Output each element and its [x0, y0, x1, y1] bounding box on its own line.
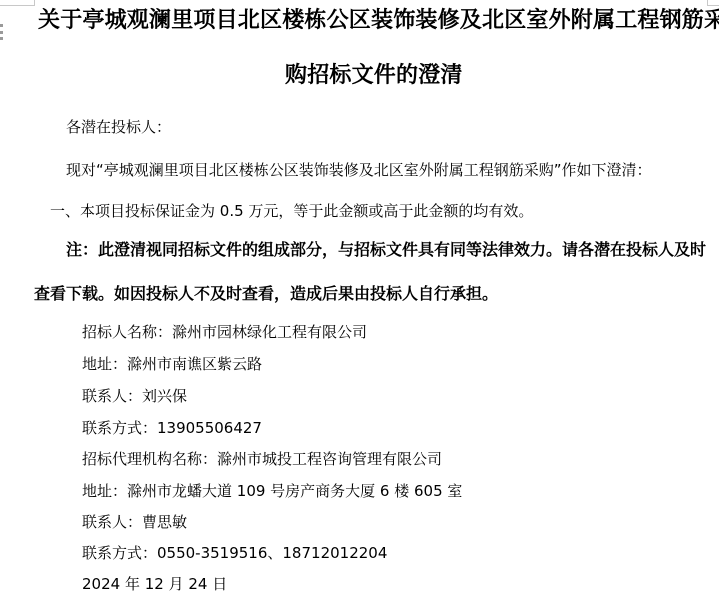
- clarification-item-1: 一、本项目投标保证金为 0.5 万元，等于此金额或高于此金额的均有效。: [50, 201, 533, 221]
- intro-paragraph: 现对“亭城观澜里项目北区楼栋公区装饰装修及北区室外附属工程钢筋采购”作如下澄清：: [66, 160, 652, 180]
- document-title-line-2: 购招标文件的澄清: [285, 62, 719, 88]
- page-corner-marker-right: [707, 0, 719, 6]
- agency-address: 地址：滁州市龙蟠大道 109 号房产商务大厦 6 楼 605 室: [82, 481, 462, 501]
- paragraph-drag-handle-icon[interactable]: [0, 24, 4, 40]
- page-corner-marker-left: [0, 0, 35, 6]
- note-line-1: 注：此澄清视同招标文件的组成部分，与招标文件具有同等法律效力。请各潜在投标人及时: [66, 240, 706, 260]
- tenderer-phone: 联系方式：13905506427: [82, 418, 262, 438]
- document-date: 2024 年 12 月 24 日: [82, 574, 227, 594]
- agency-name: 招标代理机构名称：滁州市城投工程咨询管理有限公司: [82, 449, 442, 469]
- salutation: 各潜在投标人：: [66, 117, 171, 137]
- tenderer-name: 招标人名称：滁州市园林绿化工程有限公司: [82, 322, 367, 342]
- document-title-line-1: 关于亭城观澜里项目北区楼栋公区装饰装修及北区室外附属工程钢筋采: [38, 7, 719, 33]
- note-line-2: 查看下载。如因投标人不及时查看，造成后果由投标人自行承担。: [34, 284, 498, 304]
- tenderer-contact: 联系人：刘兴保: [82, 386, 187, 406]
- agency-phone: 联系方式：0550-3519516、18712012204: [82, 543, 387, 563]
- agency-contact: 联系人：曹思敏: [82, 512, 187, 532]
- tenderer-address: 地址：滁州市南谯区紫云路: [82, 354, 262, 374]
